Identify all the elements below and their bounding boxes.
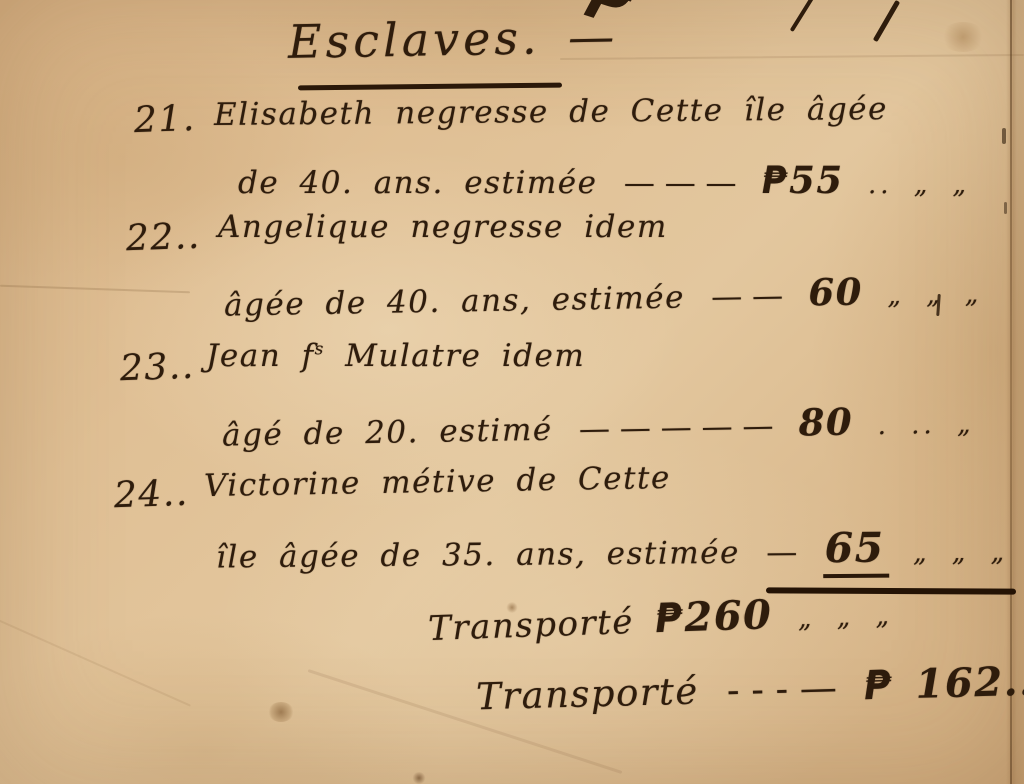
paper-stain — [412, 772, 426, 784]
entry-line1: Angelique negresse idem — [218, 212, 668, 243]
value-trail-dots: .. „ „ — [864, 170, 970, 200]
dash-leader: — — [760, 534, 802, 570]
dash-leader: — — — — [618, 165, 742, 201]
ink-stroke — [790, 0, 815, 32]
entry-line2-text: île âgée de 35. ans, estimée — [216, 535, 740, 576]
entry-number: 24.. — [113, 476, 189, 515]
ink-stroke — [873, 0, 900, 42]
entry-line1: Victorine métive de Cette — [204, 463, 671, 502]
dash-leader: — — — [705, 278, 788, 315]
manuscript-page: ₱ Esclaves. — 21. Elisabeth negresse de … — [0, 0, 1024, 784]
paper-crease — [0, 615, 191, 706]
value-trail-dots: „ „ „ — [909, 538, 1008, 569]
entry-number: 23.. — [119, 349, 195, 388]
title-underline — [298, 83, 562, 91]
dash-leader: — — — — — — [573, 408, 779, 448]
value-amount: 80 — [798, 400, 853, 445]
carry-label: Transporté — [476, 670, 700, 719]
ink-speck — [1004, 202, 1007, 214]
dash-leader: - - - — — [720, 666, 842, 712]
entry-line1: Jean fs Mulatre idem — [206, 341, 585, 372]
page-title: Esclaves. — — [288, 13, 619, 65]
value-trail-dots: . .. „ — [873, 409, 974, 441]
entry-line2: île âgée de 35. ans, estimée — 65 „ „ „ — [216, 527, 1008, 575]
carry-forward-line-2: Transporté - - - — ₱ 162.. 7.. 3.. — — [476, 656, 1024, 717]
value-amount-underlined: 65 — [822, 524, 889, 579]
entry-line2: âgée de 40. ans, estimée — — 60 „ „ „ — [224, 271, 983, 321]
entry-line2-text: âgée de 40. ans, estimée — [224, 280, 685, 324]
carry-label: Transporté — [428, 602, 635, 649]
currency-symbol: ₱ — [654, 595, 685, 642]
paper-crease — [0, 285, 190, 294]
value-trail-dots: „ „ „ — [883, 279, 982, 311]
value-amount: 55 — [789, 158, 844, 202]
entry-line2: âgé de 20. estimé — — — — — 80 . .. „ — [222, 401, 975, 451]
currency-symbol: ₱ — [762, 159, 789, 202]
carry-value: 162.. — [915, 658, 1024, 708]
value-trail-dots: „ „ „ — [793, 601, 893, 634]
paper-crease — [560, 54, 1024, 60]
carry-forward-line-1: Transporté ₱260 „ „ „ — [427, 591, 893, 647]
entry-line1-text: Jean f — [206, 338, 315, 374]
paper-stain — [268, 702, 294, 722]
entry-line1: Elisabeth negresse de Cette île âgée — [214, 94, 888, 131]
entry-line2-text: de 40. ans. estimée — [238, 165, 597, 201]
currency-symbol: ₱ — [863, 662, 894, 709]
ink-speck — [1002, 128, 1006, 144]
carry-value: 260 — [684, 591, 774, 641]
paper-stain — [940, 22, 986, 52]
entry-line2-text: âgé de 20. estimé — [222, 412, 553, 454]
value-amount: 60 — [808, 269, 863, 314]
entry-line2: de 40. ans. estimée — — — ₱55 .. „ „ — [238, 162, 970, 199]
entry-line1-text: Mulatre idem — [325, 338, 585, 374]
entry-number: 21. — [133, 101, 196, 139]
superscript-abbreviation: s — [315, 340, 325, 360]
entry-number: 22.. — [125, 219, 201, 258]
